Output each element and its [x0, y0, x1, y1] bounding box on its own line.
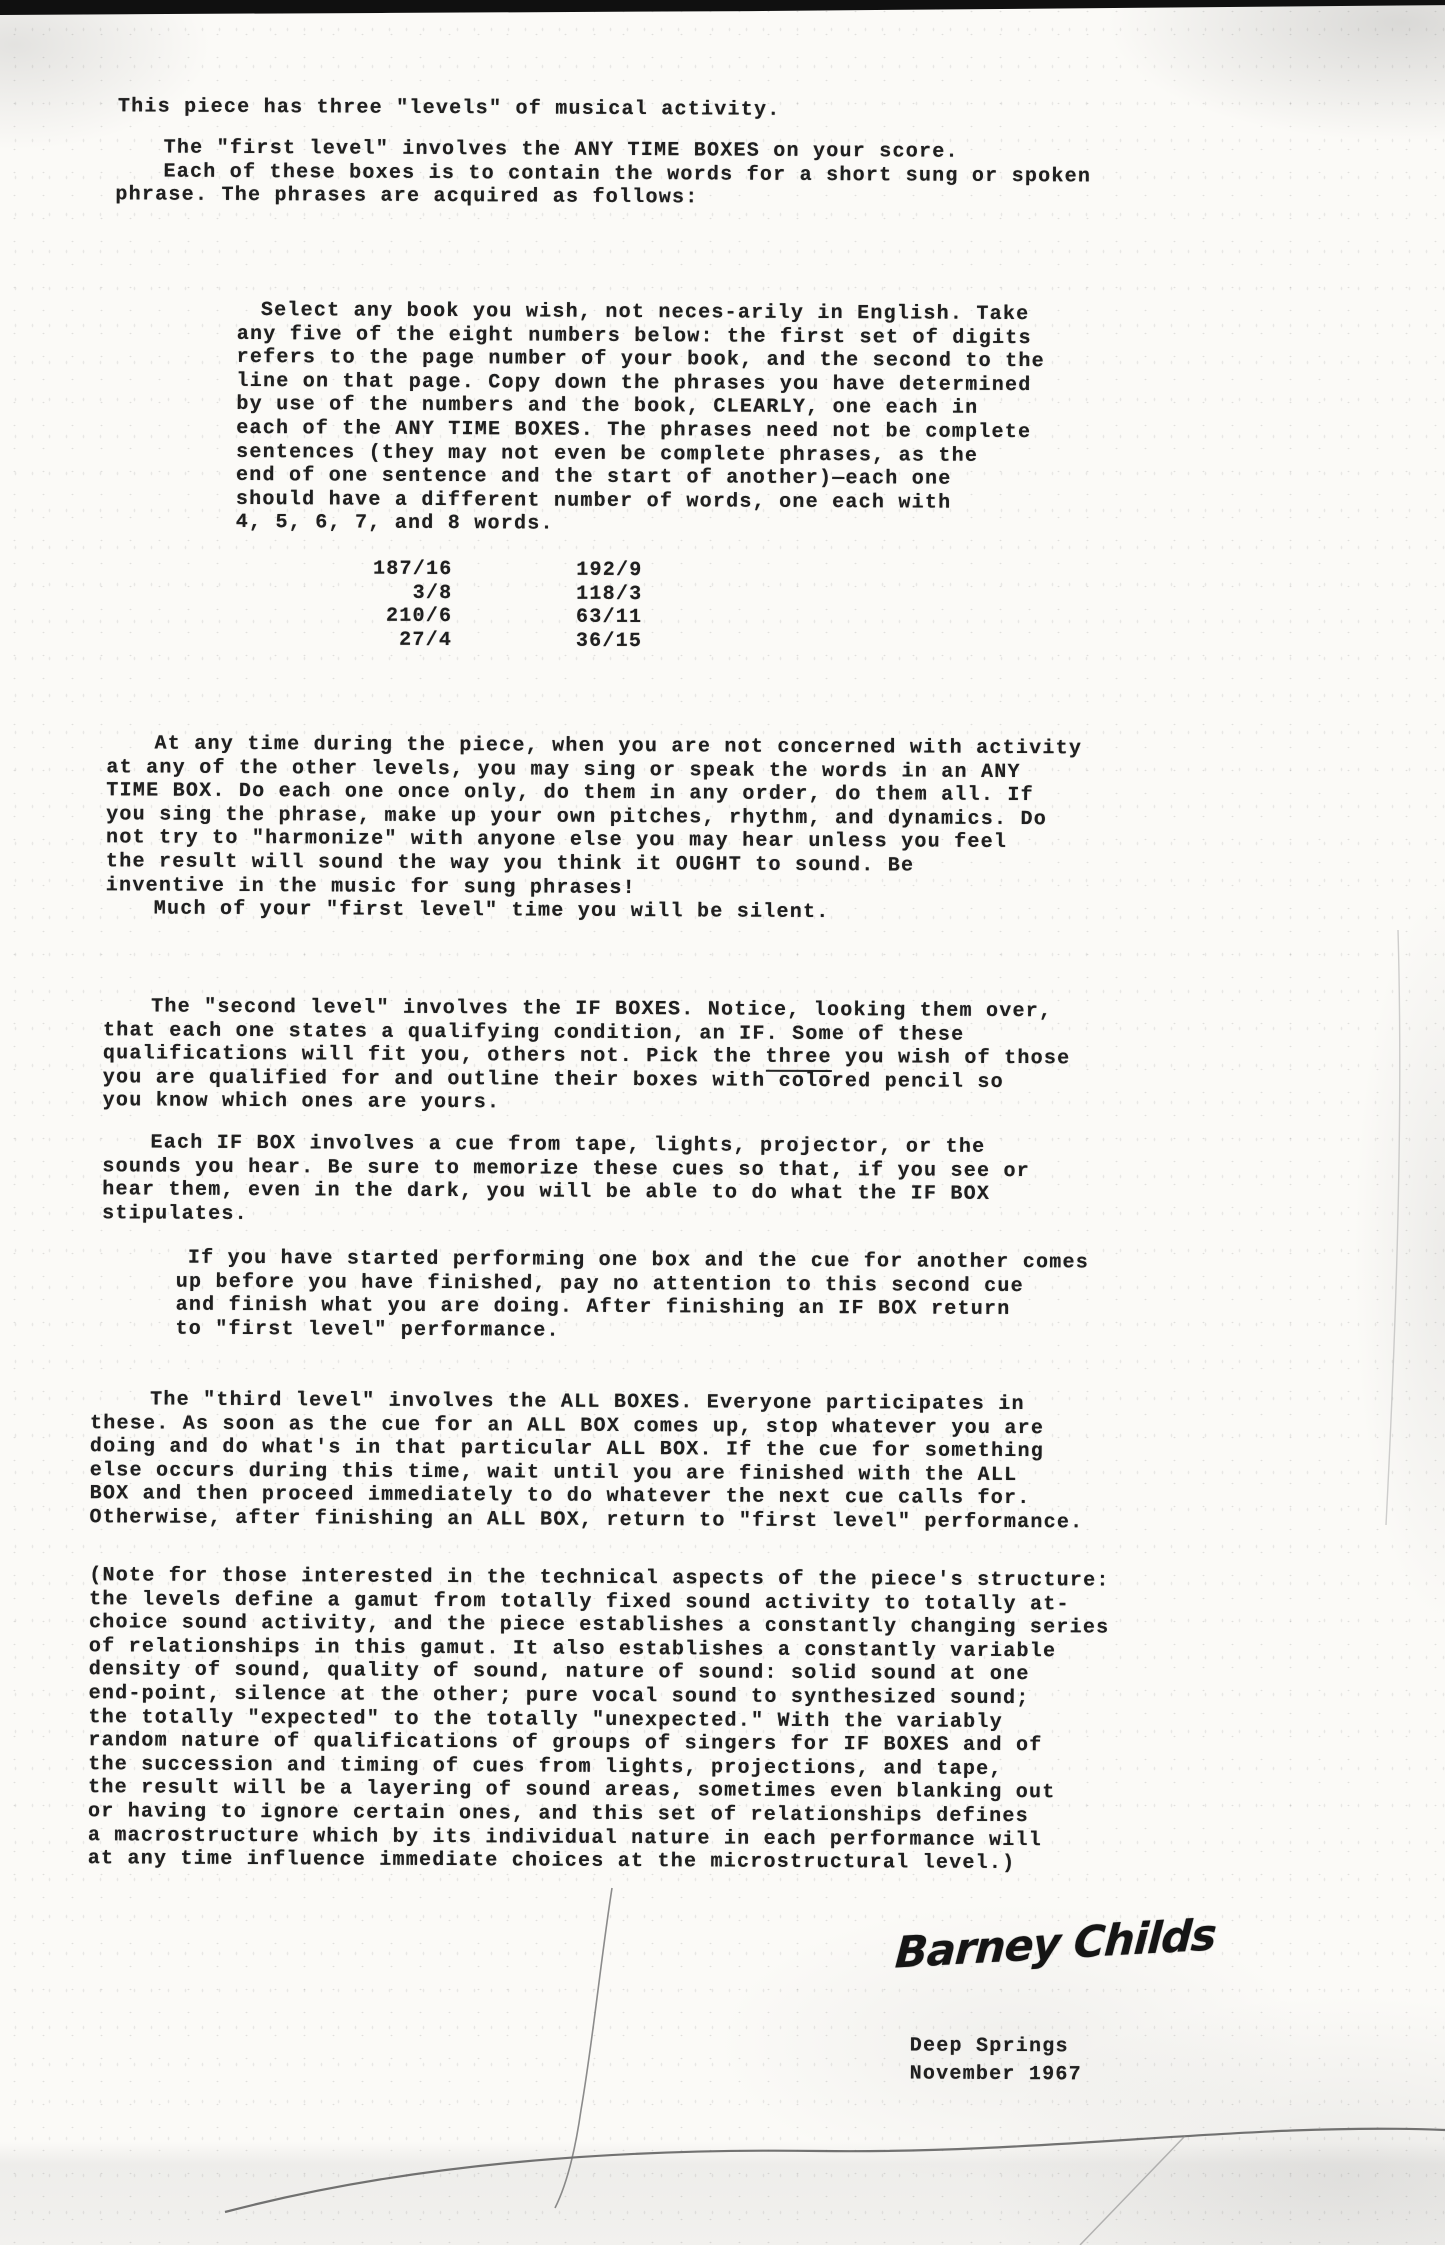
- page-line-number: 187/16: [297, 557, 452, 581]
- paragraph-any-time-box: At any time during the piece, when you a…: [106, 732, 1083, 926]
- page-line-number: 27/4: [297, 628, 452, 652]
- number-pair-row: 3/8118/3: [297, 581, 642, 606]
- page-line-number-table: 187/16192/93/8118/3210/663/1127/436/15: [297, 557, 642, 653]
- number-pair-row: 187/16192/9: [297, 557, 642, 582]
- page-line-number: 192/9: [452, 558, 642, 583]
- page-line-number: 63/11: [452, 605, 642, 630]
- signature-place: Deep Springs: [910, 2032, 1082, 2060]
- paragraph-second-level: The "second level" involves the IF BOXES…: [103, 995, 1071, 1118]
- paragraph-if-box-cues: Each IF BOX involves a cue from tape, li…: [102, 1131, 1030, 1230]
- underlined-word: three: [765, 1046, 831, 1072]
- page-line-number: 3/8: [297, 581, 452, 605]
- typed-line: at any time influence immediate choices …: [88, 1847, 1109, 1876]
- number-pair-row: 210/663/11: [297, 604, 642, 629]
- paragraph-intro: This piece has three "levels" of musical…: [118, 95, 781, 122]
- typed-line: 4, 5, 6, 7, and 8 words.: [236, 511, 1044, 539]
- paragraph-third-level: The "third level" involves the ALL BOXES…: [89, 1388, 1084, 1535]
- number-pair-row: 27/436/15: [297, 628, 642, 653]
- signature-date: November 1967: [910, 2060, 1082, 2088]
- typed-line: you know which ones are yours.: [103, 1090, 1071, 1119]
- signature-handwriting: Barney Childs: [894, 1924, 1216, 1966]
- paragraph-acquire-block: Select any book you wish, not neces-aril…: [236, 299, 1046, 539]
- paragraph-technical-note: (Note for those interested in the techni…: [88, 1564, 1110, 1876]
- signature-typed-block: Deep Springs November 1967: [910, 2032, 1083, 2088]
- typed-line: Much of your "first level" time you will…: [106, 897, 1082, 926]
- document-text: This piece has three "levels" of musical…: [0, 0, 1445, 2245]
- typed-line: stipulates.: [102, 1202, 1030, 1230]
- paragraph-if-box-overlap: If you have started performing one box a…: [175, 1247, 1089, 1346]
- page-line-number: 36/15: [452, 629, 642, 654]
- typed-line: This piece has three "levels" of musical…: [118, 95, 781, 122]
- typed-line: phrase. The phrases are acquired as foll…: [115, 183, 1091, 212]
- typed-line: to "first level" performance.: [175, 1317, 1088, 1345]
- page-line-number: 118/3: [452, 582, 642, 607]
- page-line-number: 210/6: [297, 604, 452, 628]
- scanned-document-page: This piece has three "levels" of musical…: [0, 0, 1445, 2245]
- typed-line: Otherwise, after finishing an ALL BOX, r…: [89, 1506, 1083, 1535]
- paragraph-first-level: The "first level" involves the ANY TIME …: [115, 136, 1091, 212]
